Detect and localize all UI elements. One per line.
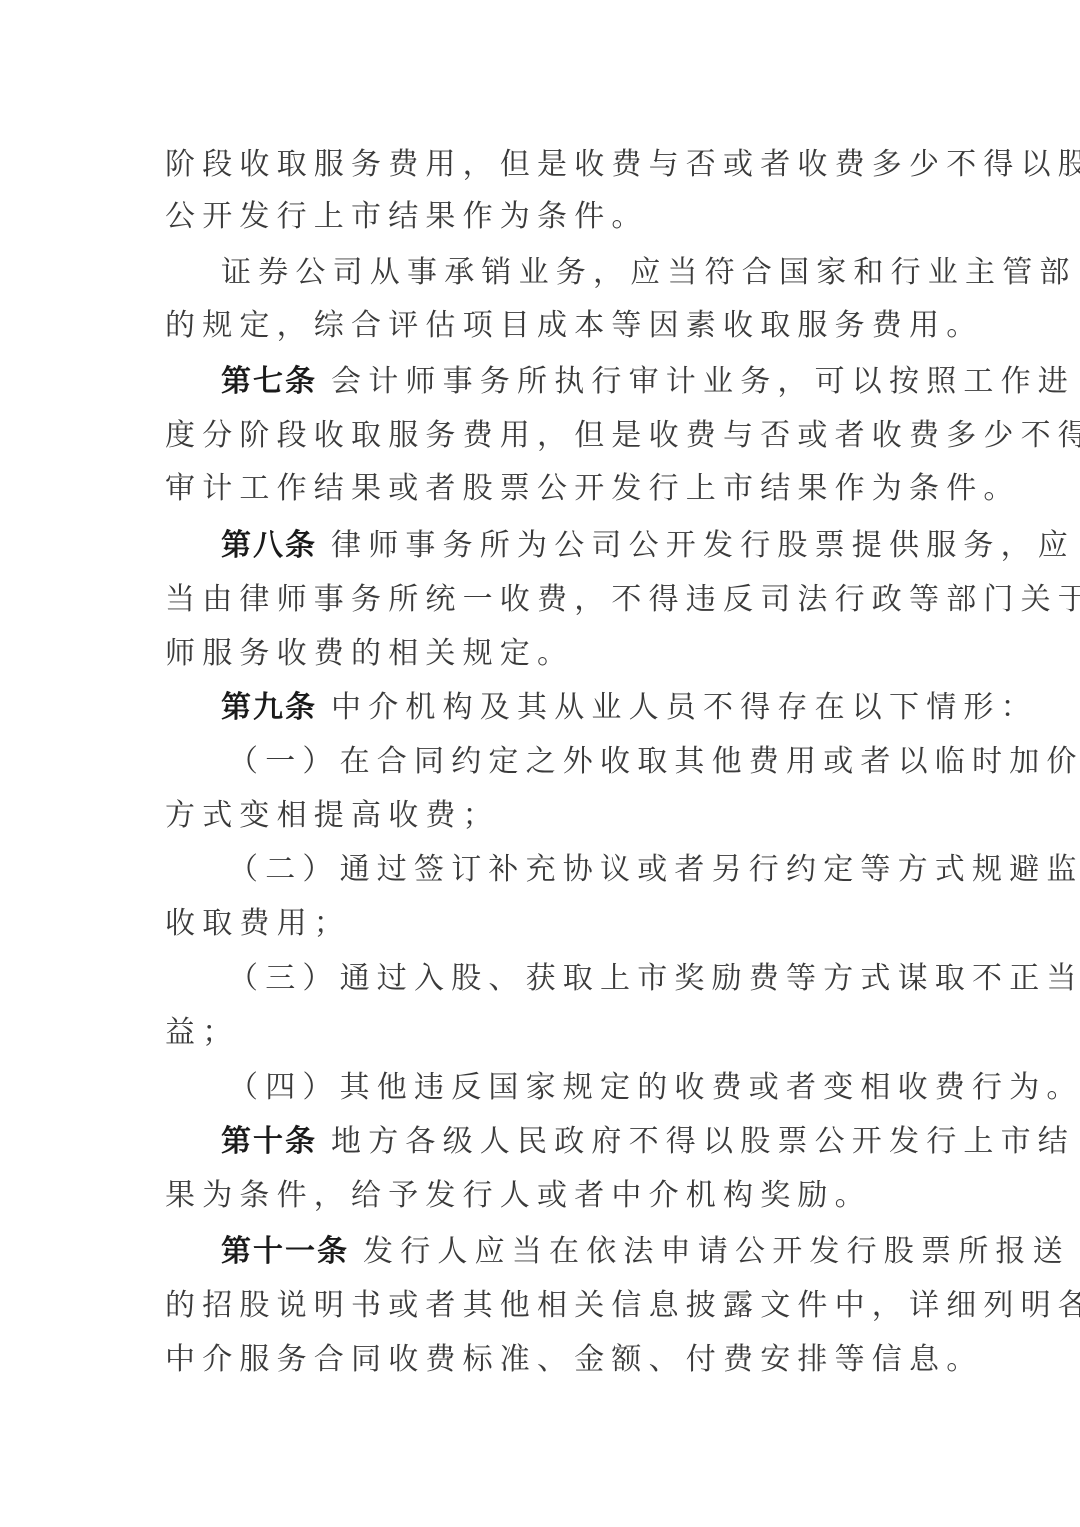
list-item-line: （四）其他违反国家规定的收费或者变相收费行为。: [228, 1068, 988, 1108]
article-7-heading-line: 第七条会计师事务所执行审计业务，可以按照工作进: [221, 362, 981, 402]
list-item-line: （二）通过签订补充协议或者另行约定等方式规避监管: [228, 850, 988, 890]
line-text: 度分阶段收取服务费用，但是收费与否或者收费多少不得以: [165, 418, 1080, 453]
paragraph-line: 审计工作结果或者股票公开发行上市结果作为条件。: [165, 469, 925, 509]
line-text: 果为条件，给予发行人或者中介机构奖励。: [165, 1178, 872, 1213]
line-text: 方式变相提高收费；: [165, 798, 500, 833]
article-number: 第十条: [221, 1124, 317, 1159]
article-11-heading-line: 第十一条发行人应当在依法申请公开发行股票所报送: [221, 1232, 981, 1272]
line-text: 收取费用；: [165, 906, 351, 941]
paragraph-line: 度分阶段收取服务费用，但是收费与否或者收费多少不得以: [165, 416, 925, 456]
line-text: 律师事务所为公司公开发行股票提供服务，应: [331, 528, 1075, 563]
line-text: （四）其他违反国家规定的收费或者变相收费行为。: [228, 1070, 1080, 1105]
paragraph-line: 证券公司从事承销业务，应当符合国家和行业主管部门: [221, 253, 981, 293]
line-text: 公开发行上市结果作为条件。: [165, 199, 649, 234]
line-text: 的招股说明书或者其他相关信息披露文件中，详细列明各类: [165, 1288, 1080, 1323]
line-text: 中介机构及其从业人员不得存在以下情形：: [331, 690, 1038, 725]
paragraph-line: 的招股说明书或者其他相关信息披露文件中，详细列明各类: [165, 1286, 925, 1326]
paragraph-line: 益；: [165, 1013, 925, 1053]
line-text: 审计工作结果或者股票公开发行上市结果作为条件。: [165, 471, 1021, 506]
paragraph-line: 方式变相提高收费；: [165, 796, 925, 836]
paragraph-line: 阶段收取服务费用，但是收费与否或者收费多少不得以股票: [165, 145, 925, 185]
paragraph-line: 的规定，综合评估项目成本等因素收取服务费用。: [165, 306, 925, 346]
paragraph-line: 当由律师事务所统一收费，不得违反司法行政等部门关于律: [165, 580, 925, 620]
list-item-line: （一）在合同约定之外收取其他费用或者以临时加价等: [228, 742, 988, 782]
line-text: 会计师事务所执行审计业务，可以按照工作进: [331, 364, 1075, 399]
article-number: 第十一条: [221, 1234, 349, 1269]
paragraph-line: 师服务收费的相关规定。: [165, 634, 925, 674]
article-8-heading-line: 第八条律师事务所为公司公开发行股票提供服务，应: [221, 526, 981, 566]
line-text: 中介服务合同收费标准、金额、付费安排等信息。: [165, 1342, 983, 1377]
line-text: （二）通过签订补充协议或者另行约定等方式规避监管: [228, 852, 1080, 887]
article-number: 第七条: [221, 364, 317, 399]
line-text: 师服务收费的相关规定。: [165, 636, 574, 671]
line-text: 证券公司从事承销业务，应当符合国家和行业主管部门: [221, 255, 1080, 290]
line-text: 地方各级人民政府不得以股票公开发行上市结: [331, 1124, 1075, 1159]
article-10-heading-line: 第十条地方各级人民政府不得以股票公开发行上市结: [221, 1122, 981, 1162]
line-text: 的规定，综合评估项目成本等因素收取服务费用。: [165, 308, 983, 343]
line-text: 发行人应当在依法申请公开发行股票所报送: [363, 1234, 1070, 1269]
list-item-line: （三）通过入股、获取上市奖励费等方式谋取不正当利: [228, 959, 988, 999]
line-text: （三）通过入股、获取上市奖励费等方式谋取不正当利: [228, 961, 1080, 996]
line-text: 当由律师事务所统一收费，不得违反司法行政等部门关于律: [165, 582, 1080, 617]
article-9-heading-line: 第九条中介机构及其从业人员不得存在以下情形：: [221, 688, 981, 728]
article-number: 第八条: [221, 528, 317, 563]
line-text: （一）在合同约定之外收取其他费用或者以临时加价等: [228, 744, 1080, 779]
document-page: 阶段收取服务费用，但是收费与否或者收费多少不得以股票 公开发行上市结果作为条件。…: [0, 0, 1080, 1527]
line-text: 益；: [165, 1015, 239, 1050]
paragraph-line: 收取费用；: [165, 904, 925, 944]
paragraph-line: 果为条件，给予发行人或者中介机构奖励。: [165, 1176, 925, 1216]
line-text: 阶段收取服务费用，但是收费与否或者收费多少不得以股票: [165, 147, 1080, 182]
paragraph-line: 中介服务合同收费标准、金额、付费安排等信息。: [165, 1340, 925, 1380]
paragraph-line: 公开发行上市结果作为条件。: [165, 197, 925, 237]
article-number: 第九条: [221, 690, 317, 725]
